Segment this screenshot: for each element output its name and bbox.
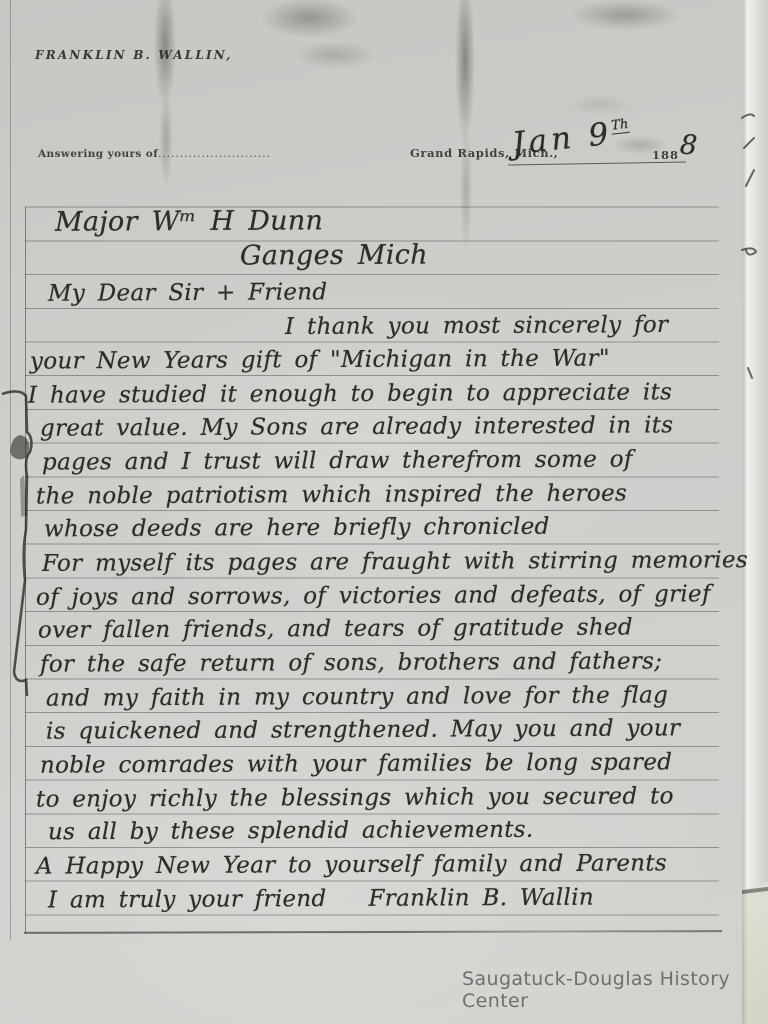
archive-watermark: Saugatuck-Douglas History Center bbox=[462, 968, 742, 1012]
signature-line: I am truly your friendFranklin B. Wallin bbox=[48, 885, 594, 914]
answering-yours-of-line: Answering yours of......................… bbox=[38, 148, 271, 160]
closing-line: A Happy New Year to yourself family and … bbox=[36, 850, 667, 879]
signature-prefix: I am truly your friend bbox=[48, 886, 327, 913]
photocopy-bottom-border bbox=[24, 930, 722, 934]
body-line: and my faith in my country and love for … bbox=[46, 682, 668, 711]
body-line: I thank you most sincerely for bbox=[285, 312, 668, 340]
salutation-line: My Dear Sir + Friend bbox=[48, 279, 328, 306]
body-line: noble comrades with your families be lon… bbox=[40, 749, 672, 778]
body-line: the noble patriotism which inspired the … bbox=[36, 480, 627, 509]
signature-name: Franklin B. Wallin bbox=[368, 885, 594, 912]
body-line: over fallen friends, and tears of gratit… bbox=[38, 614, 633, 643]
date-ordinal-superscript: Th bbox=[611, 117, 630, 135]
handwritten-date: Jan 9Th bbox=[510, 114, 631, 162]
body-line: For myself its pages are fraught with st… bbox=[42, 547, 748, 577]
body-line: to enjoy richly the blessings which you … bbox=[36, 783, 674, 812]
body-line: pages and I trust will draw therefrom so… bbox=[42, 446, 633, 475]
recipient-city: Ganges Mich bbox=[240, 240, 428, 272]
handwritten-day: Jan 9 bbox=[510, 116, 614, 162]
body-line: your New Years gift of "Michigan in the … bbox=[30, 345, 610, 374]
date-blank-line bbox=[508, 161, 686, 165]
body-line: great value. My Sons are already interes… bbox=[40, 412, 673, 441]
body-line: is quickened and strengthened. May you a… bbox=[46, 715, 680, 744]
letter-paper: FRANKLIN B. WALLIN, Answering yours of..… bbox=[0, 0, 742, 1024]
body-line: us all by these splendid achievements. bbox=[48, 817, 534, 846]
body-line: I have studied it enough to begin to app… bbox=[28, 379, 672, 408]
photocopy-edge-artifact bbox=[0, 380, 46, 710]
answering-dotted-leader: .......................... bbox=[158, 148, 271, 160]
body-line: whose deeds are here briefly chronicled bbox=[44, 514, 550, 543]
handwritten-year-digit: 8 bbox=[679, 129, 698, 161]
recipient-line: Major Wᵐ H Dunn bbox=[55, 205, 323, 237]
scanned-letter-photo: FRANKLIN B. WALLIN, Answering yours of..… bbox=[0, 0, 768, 1024]
answering-label: Answering yours of bbox=[38, 148, 158, 160]
printed-year: 188 bbox=[652, 148, 679, 162]
body-line: of joys and sorrows, of victories and de… bbox=[36, 581, 711, 611]
letterhead-sender-name: FRANKLIN B. WALLIN, bbox=[35, 48, 233, 62]
body-line: for the safe return of sons, brothers an… bbox=[40, 648, 662, 677]
ink-bleed-marks bbox=[736, 100, 764, 400]
